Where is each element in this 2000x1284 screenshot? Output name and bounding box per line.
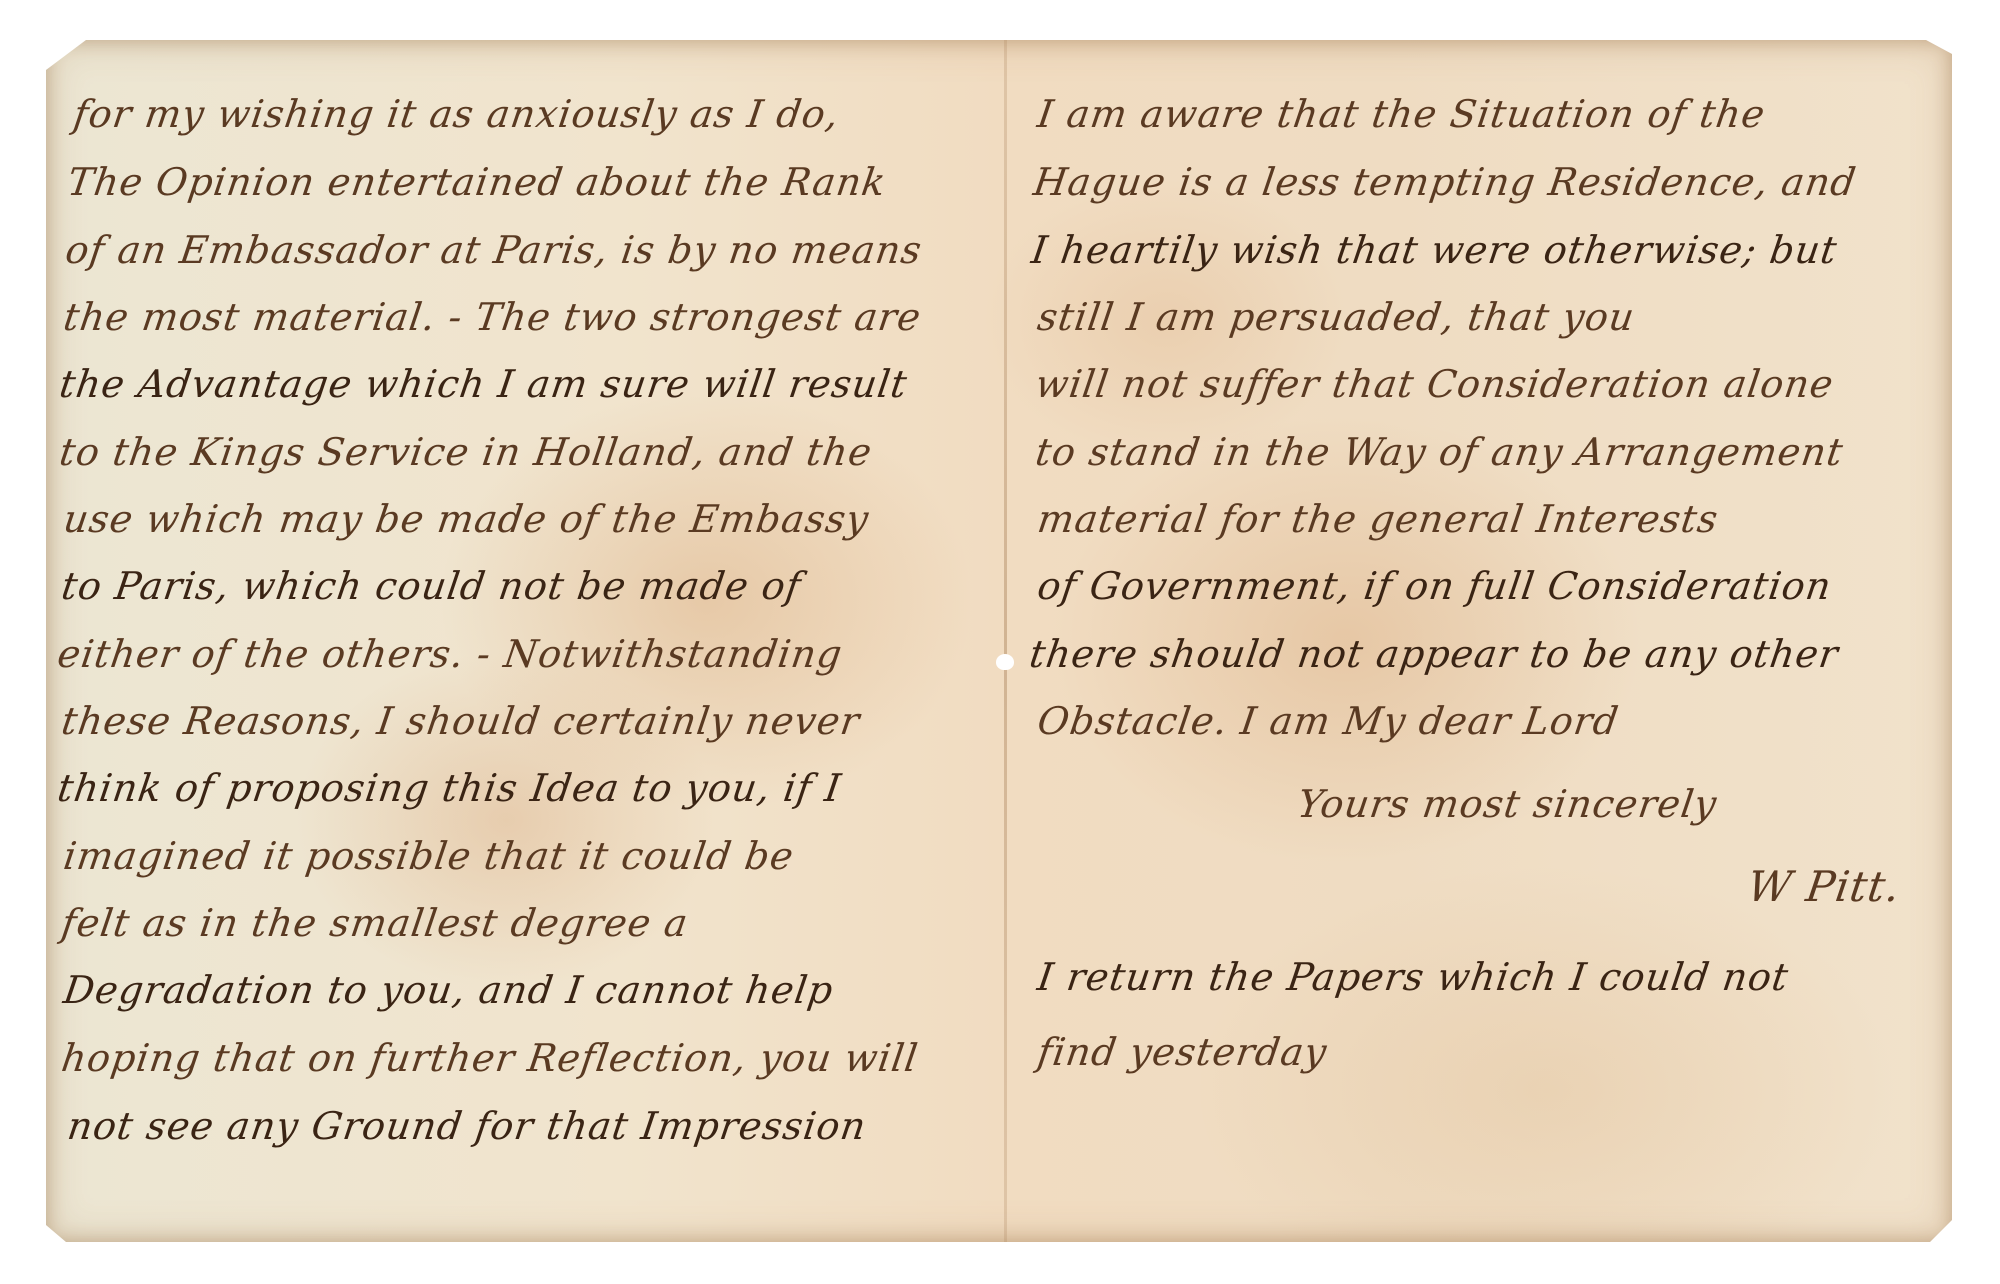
text-line: these Reasons, I should certainly never [59,699,863,743]
text-line: Hague is a less tempting Residence, and [1031,160,1859,204]
letter-sheet: for my wishing it as anxiously as I do, … [46,40,1952,1242]
text-line: still I am persuaded, that you [1035,295,1638,339]
text-line: Degradation to you, and I cannot help [61,968,837,1012]
text-line: for my wishing it as anxiously as I do, [71,92,842,136]
right-page: I am aware that the Situation of the Hag… [1008,40,1952,1242]
postscript-line: find yesterday [1035,1030,1330,1074]
text-line: The Opinion entertained about the Rank [65,160,889,204]
left-page: for my wishing it as anxiously as I do, … [46,40,1004,1242]
text-line: to the Kings Service in Holland, and the [57,430,875,474]
closing-line: Yours most sincerely [1295,782,1720,826]
text-line: Obstacle. I am My dear Lord [1035,699,1622,743]
text-line: I heartily wish that were otherwise; but [1029,228,1840,272]
text-line: I am aware that the Situation of the [1035,92,1768,136]
text-line: imagined it possible that it could be [61,834,797,878]
text-line: think of proposing this Idea to you, if … [55,766,844,810]
text-line: not see any Ground for that Impression [65,1104,869,1148]
text-line: of Government, if on full Consideration [1035,564,1835,608]
signature: W Pitt. [1745,862,1904,911]
text-line: material for the general Interests [1035,497,1721,541]
text-line: of an Embassador at Paris, is by no mean… [63,228,925,272]
center-fold [1004,40,1007,1242]
text-line: the most material. - The two strongest a… [61,295,924,339]
text-line: to stand in the Way of any Arrangement [1033,430,1846,474]
postscript-line: I return the Papers which I could not [1035,955,1792,999]
text-line: use which may be made of the Embassy [61,497,872,541]
text-line: hoping that on further Reflection, you w… [59,1036,921,1080]
text-line: to Paris, which could not be made of [59,564,804,608]
text-line: felt as in the smallest degree a [59,901,691,945]
text-line: will not suffer that Consideration alone [1033,362,1837,406]
text-line: the Advantage which I am sure will resul… [57,362,910,406]
text-line: either of the others. - Notwithstanding [55,632,845,676]
text-line: there should not appear to be any other [1027,632,1842,676]
